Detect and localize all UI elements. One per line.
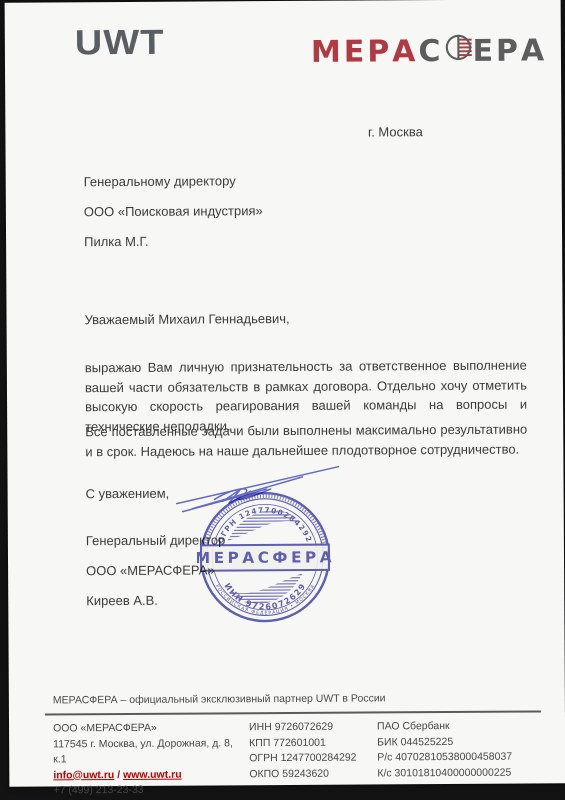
website-link[interactable]: www.uwt.ru (123, 768, 182, 780)
footer-phone: +7 (499) 213-23-33 (53, 782, 248, 799)
recipient-company: ООО «Поисковая индустрия» (84, 196, 263, 227)
footer-contacts-line: info@uwt.ru / www.uwt.ru (53, 767, 248, 784)
letter-page: UWT МЕРА С ЕРА г. Москва Генеральному ди… (5, 0, 565, 787)
footer-company-column: ООО «МЕРАСФЕРА» 117545 г. Москва, ул. До… (53, 720, 248, 799)
stamp-center-name: МЕРАСФЕРА (197, 548, 334, 567)
footer-bik: БИК 044525225 (377, 734, 542, 751)
merasfera-logo-gray-prefix: С (418, 34, 443, 69)
email-link[interactable]: info@uwt.ru (53, 769, 114, 781)
company-stamp: ОГРН 1247700284292 МЕРАСФЕРА ИНН 9726072… (197, 489, 334, 626)
footer-requisites-column: ИНН 9726072629 КПП 772601001 ОГРН 124770… (249, 719, 374, 782)
footer-settlement-account: Р/с 40702810538000458037 (377, 749, 542, 766)
footer-company-address: 117545 г. Москва, ул. Дорожная, д. 8, к.… (53, 736, 248, 768)
footer-bank-column: ПАО Сбербанк БИК 044525225 Р/с 407028105… (377, 718, 542, 781)
uwt-logo: UWT (75, 23, 165, 63)
footer-partner-line: МЕРАСФЕРА – официальный эксклюзивный пар… (53, 692, 386, 706)
footer-bank-name: ПАО Сбербанк (377, 718, 542, 735)
links-separator: / (117, 769, 120, 781)
sphere-icon (443, 34, 472, 69)
footer-inn: ИНН 9726072629 (249, 719, 374, 735)
recipient-block: Генеральному директору ООО «Поисковая ин… (84, 166, 263, 257)
merasfera-logo-gray-suffix: ЕРА (472, 33, 547, 68)
recipient-name: Пилка М.Г. (84, 226, 263, 257)
footer-correspondent-account: К/с 30101810400000000225 (377, 765, 542, 782)
footer-divider (45, 710, 541, 715)
footer-ogrn: ОГРН 1247700284292 (249, 750, 374, 766)
footer-company-name: ООО «МЕРАСФЕРА» (53, 720, 248, 737)
merasfera-logo: МЕРА С ЕРА (311, 33, 548, 69)
merasfera-logo-red-part: МЕРА (311, 34, 419, 70)
closing-line: С уважением, (86, 486, 170, 502)
footer-kpp: КПП 772601001 (249, 735, 374, 751)
paragraph-2: Все поставленные задачи были выполнены м… (85, 420, 527, 462)
footer-okpo: ОКПО 59243620 (249, 766, 374, 782)
recipient-title: Генеральному директору (84, 166, 263, 197)
salutation: Уважаемый Михаил Геннадьевич, (85, 311, 290, 327)
city-line: г. Москва (335, 124, 455, 140)
